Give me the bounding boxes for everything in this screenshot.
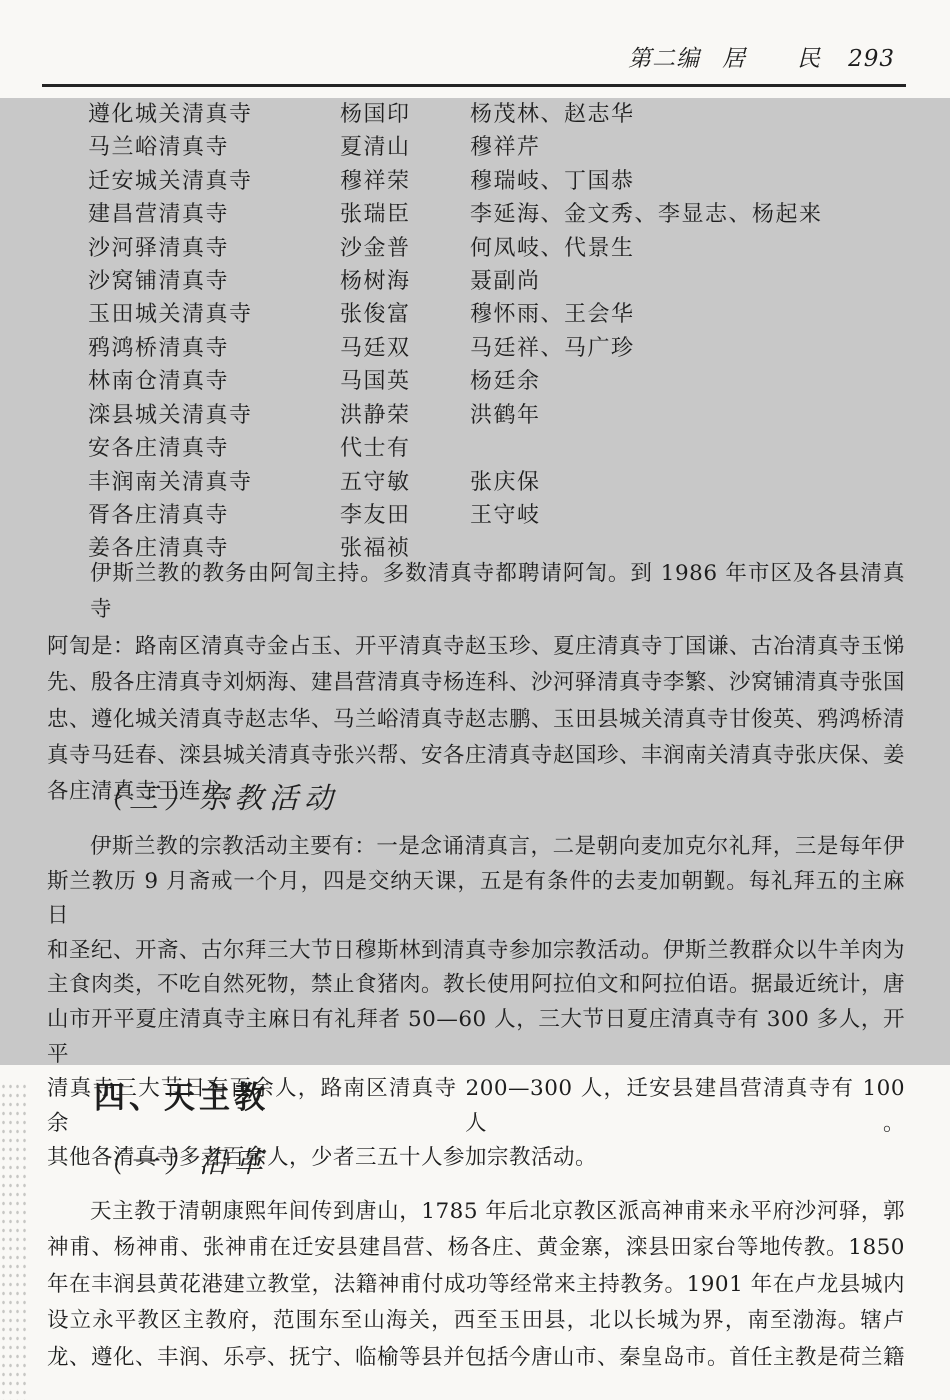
cell-mosque: 林南仓清真寺 (88, 368, 229, 395)
cell-imam: 夏清山 (340, 134, 411, 161)
cell-mosque: 迁安城关清真寺 (88, 168, 253, 195)
paragraph-line: 伊斯兰教的教务由阿訇主持。多数清真寺都聘请阿訇。到 1986 年市区及各县清真寺 (47, 556, 905, 629)
table-row: 沙窝铺清真寺杨树海聂副尚 (0, 268, 950, 298)
table-row: 安各庄清真寺代士有 (0, 435, 950, 465)
cell-others: 聂副尚 (470, 268, 541, 295)
cell-others: 何凤岐、代景生 (470, 235, 635, 262)
running-head: 第二编居 民293 (628, 40, 895, 73)
cell-mosque: 玉田城关清真寺 (88, 301, 253, 328)
cell-others: 穆瑞岐、丁国恭 (470, 168, 635, 195)
cell-others: 洪鹤年 (470, 402, 541, 429)
cell-others: 杨廷余 (470, 368, 541, 395)
scanned-book-page: 第二编居 民293 遵化城关清真寺杨国印杨茂林、赵志华 马兰峪清真寺夏清山穆祥芹… (0, 0, 950, 1400)
cell-imam: 杨树海 (340, 268, 411, 295)
paragraph-line: 真寺马廷春、滦县城关清真寺张兴帮、安各庄清真寺赵国珍、丰润南关清真寺张庆保、姜 (47, 738, 905, 774)
cell-mosque: 鸦鸿桥清真寺 (88, 335, 229, 362)
cell-others: 张庆保 (470, 469, 541, 496)
chapter-heading-catholicism: 四、天主教 (94, 1072, 269, 1117)
paragraph-line: 设立永平教区主教府，范围东至山海关，西至玉田县，北以长城为界，南至渤海。辖卢 (47, 1303, 905, 1339)
header-rule (42, 84, 906, 87)
cell-imam: 马廷双 (340, 335, 411, 362)
paragraph-line: 和圣纪、开斋、古尔拜三大节日穆斯林到清真寺参加宗教活动。伊斯兰教群众以牛羊肉为 (47, 934, 905, 969)
cell-mosque: 遵化城关清真寺 (88, 101, 253, 128)
cell-imam: 洪静荣 (340, 402, 411, 429)
paragraph-religious-activities: 伊斯兰教的宗教活动主要有：一是念诵清真言，二是朝向麦加克尔礼拜，三是每年伊 斯兰… (47, 830, 905, 1176)
table-row: 玉田城关清真寺张俊富穆怀雨、王会华 (0, 301, 950, 331)
paragraph-line: 天主教于清朝康熙年间传到唐山，1785 年后北京教区派高神甫来永平府沙河驿，郭 (47, 1194, 905, 1230)
paragraph-line: 斯兰教历 9 月斋戒一个月，四是交纳天课，五是有条件的去麦加朝觐。每礼拜五的主麻… (47, 865, 905, 934)
section-heading-history: （一）沿革 (94, 1140, 269, 1181)
cell-imam: 沙金普 (340, 235, 411, 262)
cell-others: 杨茂林、赵志华 (470, 101, 635, 128)
page-number: 293 (848, 46, 895, 72)
paragraph-line: 阿訇是：路南区清真寺金占玉、开平清真寺赵玉珍、夏庄清真寺丁国谦、古冶清真寺玉悌 (47, 629, 905, 665)
paragraph-line: 忠、遵化城关清真寺赵志华、马兰峪清真寺赵志鹏、玉田县城关清真寺甘俊英、鸦鸿桥清 (47, 702, 905, 738)
cell-others: 穆怀雨、王会华 (470, 301, 635, 328)
paragraph-line: 神甫、杨神甫、张神甫在迁安县建昌营、杨各庄、黄金寨，滦县田家台等地传教。1850 (47, 1230, 905, 1266)
paragraph-catholic-history: 天主教于清朝康熙年间传到唐山，1785 年后北京教区派高神甫来永平府沙河驿，郭 … (47, 1194, 905, 1376)
table-row: 迁安城关清真寺穆祥荣穆瑞岐、丁国恭 (0, 168, 950, 198)
cell-mosque: 安各庄清真寺 (88, 435, 229, 462)
cell-mosque: 胥各庄清真寺 (88, 502, 229, 529)
paragraph-imams: 伊斯兰教的教务由阿訇主持。多数清真寺都聘请阿訇。到 1986 年市区及各县清真寺… (47, 556, 905, 811)
paragraph-line: 伊斯兰教的宗教活动主要有：一是念诵清真言，二是朝向麦加克尔礼拜，三是每年伊 (47, 830, 905, 865)
paragraph-line: 年在丰润县黄花港建立教堂，法籍神甫付成功等经常来主持教务。1901 年在卢龙县城… (47, 1267, 905, 1303)
cell-imam: 马国英 (340, 368, 411, 395)
cell-mosque: 沙河驿清真寺 (88, 235, 229, 262)
cell-imam: 代士有 (340, 435, 411, 462)
running-head-title: 居 民 (722, 46, 822, 72)
paragraph-line: 主食肉类，不吃自然死物，禁止食猪肉。教长使用阿拉伯文和阿拉伯语。据最近统计，唐 (47, 968, 905, 1003)
table-row: 马兰峪清真寺夏清山穆祥芹 (0, 134, 950, 164)
cell-imam: 杨国印 (340, 101, 411, 128)
table-row: 沙河驿清真寺沙金普何凤岐、代景生 (0, 235, 950, 265)
cell-mosque: 马兰峪清真寺 (88, 134, 229, 161)
section-heading-religious-activities: （三）宗教活动 (94, 776, 339, 817)
cell-others: 王守岐 (470, 502, 541, 529)
cell-mosque: 沙窝铺清真寺 (88, 268, 229, 295)
cell-imam: 穆祥荣 (340, 168, 411, 195)
paragraph-line: 龙、遵化、丰润、乐亭、抚宁、临榆等县并包括今唐山市、秦皇岛市。首任主教是荷兰籍 (47, 1340, 905, 1376)
table-row: 丰润南关清真寺五守敏张庆保 (0, 469, 950, 499)
paragraph-line: 先、殷各庄清真寺刘炳海、建昌营清真寺杨连科、沙河驿清真寺李繁、沙窝铺清真寺张国 (47, 665, 905, 701)
cell-others: 李延海、金文秀、李显志、杨起来 (470, 201, 823, 228)
table-row: 遵化城关清真寺杨国印杨茂林、赵志华 (0, 101, 950, 131)
cell-imam: 李友田 (340, 502, 411, 529)
cell-others: 穆祥芹 (470, 134, 541, 161)
table-row: 滦县城关清真寺洪静荣洪鹤年 (0, 402, 950, 432)
cell-others: 马廷祥、马广珍 (470, 335, 635, 362)
cell-imam: 张俊富 (340, 301, 411, 328)
cell-mosque: 丰润南关清真寺 (88, 469, 253, 496)
table-row: 鸦鸿桥清真寺马廷双马廷祥、马广珍 (0, 335, 950, 365)
paragraph-line: 山市开平夏庄清真寺主麻日有礼拜者 50—60 人，三大节日夏庄清真寺有 300 … (47, 1003, 905, 1072)
cell-imam: 五守敏 (340, 469, 411, 496)
table-row: 胥各庄清真寺李友田王守岐 (0, 502, 950, 532)
table-row: 建昌营清真寺张瑞臣李延海、金文秀、李显志、杨起来 (0, 201, 950, 231)
running-head-section: 第二编 (628, 46, 700, 72)
cell-mosque: 建昌营清真寺 (88, 201, 229, 228)
scan-noise-artifact (0, 1082, 26, 1400)
cell-imam: 张瑞臣 (340, 201, 411, 228)
cell-mosque: 滦县城关清真寺 (88, 402, 253, 429)
table-row: 林南仓清真寺马国英杨廷余 (0, 368, 950, 398)
